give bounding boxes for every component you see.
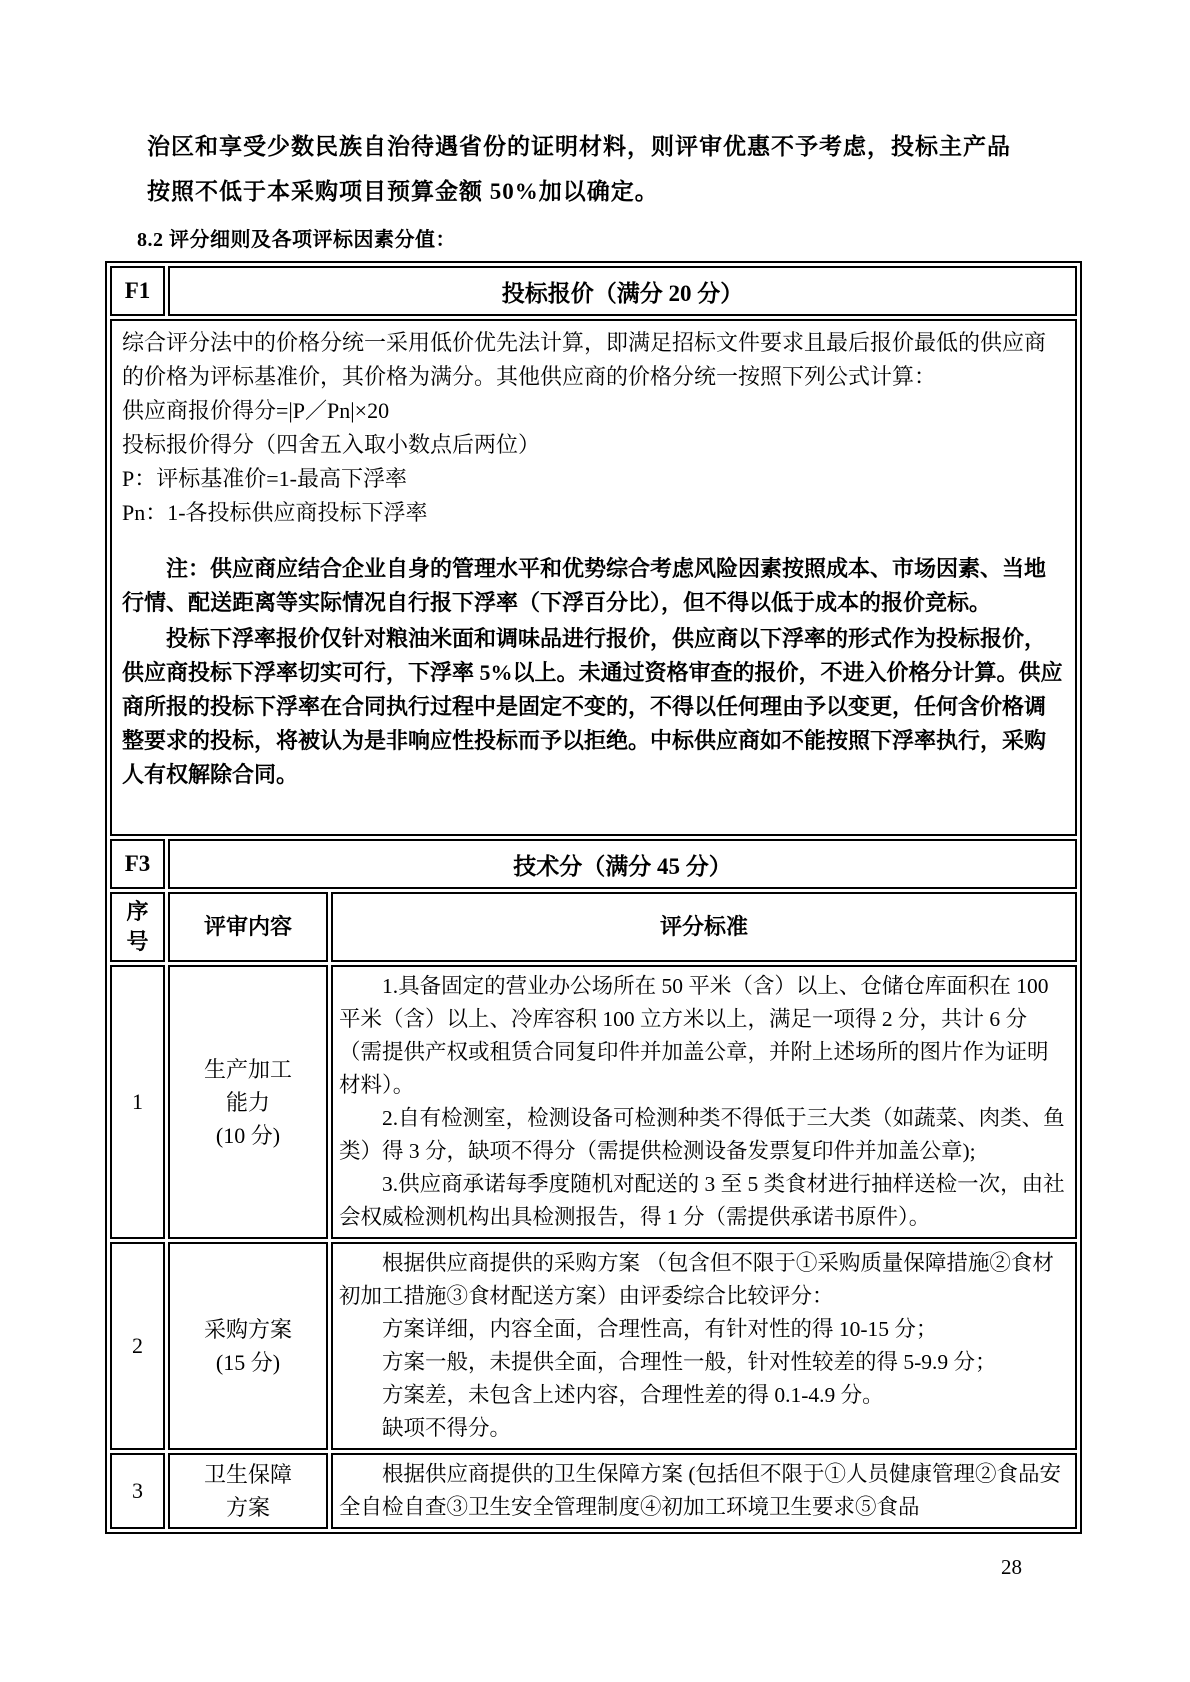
column-header-row: 序号 评审内容 评分标准 [110,892,1077,962]
f1-paragraph-pn-definition: Pn：1-各投标供应商投标下浮率 [122,496,1065,530]
row2-content-cell: 采购方案 (15 分) [168,1242,328,1450]
table-row-1: 1 生产加工能力 (10 分) 1.具备固定的营业办公场所在 50 平米（含）以… [110,965,1077,1239]
row2-criteria-item-4: 方案差，未包含上述内容，合理性差的得 0.1-4.9 分。 [339,1379,1069,1412]
row1-criteria-item-2: 2.自有检测室，检测设备可检测种类不得低于三大类（如蔬菜、肉类、鱼类）得 3 分… [339,1102,1069,1168]
f1-code-cell: F1 [110,266,165,316]
table-row-3: 3 卫生保障方案 根据供应商提供的卫生保障方案 (包括但不限于①人员健康管理②食… [110,1453,1077,1529]
f1-paragraph-policy: 投标下浮率报价仅针对粮油米面和调味品进行报价，供应商以下浮率的形式作为投标报价，… [122,622,1065,792]
row1-content-score: (10 分) [174,1119,322,1152]
row2-criteria-item-5: 缺项不得分。 [339,1412,1069,1445]
f1-title-cell: 投标报价（满分 20 分） [168,266,1077,316]
row1-content-cell: 生产加工能力 (10 分) [168,965,328,1239]
intro-paragraph: 治区和享受少数民族自治待遇省份的证明材料，则评审优惠不予考虑，投标主产品 按照不… [147,124,1067,214]
f1-paragraph-p-definition: P：评标基准价=1-最高下浮率 [122,462,1065,496]
f1-paragraph-method: 综合评分法中的价格分统一采用低价优先法计算，即满足招标文件要求且最后报价最低的供… [122,326,1065,394]
intro-line-2: 按照不低于本采购项目预算金额 50%加以确定。 [147,169,1067,214]
column-header-index-label: 序号 [125,897,150,957]
f1-paragraph-note: 注：供应商应结合企业自身的管理水平和优势综合考虑风险因素按照成本、市场因素、当地… [122,552,1065,620]
row3-content-cell: 卫生保障方案 [168,1453,328,1529]
row2-criteria-cell: 根据供应商提供的采购方案 （包含但不限于①采购质量保障措施②食材初加工措施③食材… [331,1242,1077,1450]
row1-criteria-cell: 1.具备固定的营业办公场所在 50 平米（含）以上、仓储仓库面积在 100 平米… [331,965,1077,1239]
row2-content-name: 采购方案 [204,1313,292,1346]
f3-band-row: F3 技术分（满分 45 分） [110,839,1077,889]
document-page: 治区和享受少数民族自治待遇省份的证明材料，则评审优惠不予考虑，投标主产品 按照不… [0,0,1190,1682]
f3-title-cell: 技术分（满分 45 分） [168,839,1077,889]
column-header-criteria: 评分标准 [331,892,1077,962]
f3-code-cell: F3 [110,839,165,889]
row3-criteria-cell: 根据供应商提供的卫生保障方案 (包括但不限于①人员健康管理②食品安全自检自查③卫… [331,1453,1077,1529]
evaluation-score-table: F1 投标报价（满分 20 分） 综合评分法中的价格分统一采用低价优先法计算，即… [105,261,1082,1534]
f1-paragraph-rounding: 投标报价得分（四舍五入取小数点后两位） [122,428,1065,462]
row3-criteria-item-1: 根据供应商提供的卫生保障方案 (包括但不限于①人员健康管理②食品安全自检自查③卫… [339,1458,1069,1524]
row3-index-cell: 3 [110,1453,165,1529]
row1-criteria-item-1: 1.具备固定的营业办公场所在 50 平米（含）以上、仓储仓库面积在 100 平米… [339,970,1069,1102]
f1-body-cell: 综合评分法中的价格分统一采用低价优先法计算，即满足招标文件要求且最后报价最低的供… [110,319,1077,836]
column-header-content: 评审内容 [168,892,328,962]
row1-index-cell: 1 [110,965,165,1239]
row2-content-score: (15 分) [174,1346,322,1379]
row2-criteria-item-1: 根据供应商提供的采购方案 （包含但不限于①采购质量保障措施②食材初加工措施③食材… [339,1247,1069,1313]
f1-body-row: 综合评分法中的价格分统一采用低价优先法计算，即满足招标文件要求且最后报价最低的供… [110,319,1077,836]
f1-paragraph-formula: 供应商报价得分=|P／Pn|×20 [122,394,1065,428]
row2-criteria-item-2: 方案详细，内容全面，合理性高，有针对性的得 10-15 分； [339,1313,1069,1346]
intro-line-1: 治区和享受少数民族自治待遇省份的证明材料，则评审优惠不予考虑，投标主产品 [147,124,1067,169]
row3-content-name: 卫生保障方案 [197,1458,298,1524]
row1-criteria-item-3: 3.供应商承诺每季度随机对配送的 3 至 5 类食材进行抽样送检一次，由社会权威… [339,1168,1069,1234]
column-header-index: 序号 [110,892,165,962]
f1-band-row: F1 投标报价（满分 20 分） [110,266,1077,316]
row2-index-cell: 2 [110,1242,165,1450]
row1-content-name: 生产加工能力 [197,1053,298,1119]
table-row-2: 2 采购方案 (15 分) 根据供应商提供的采购方案 （包含但不限于①采购质量保… [110,1242,1077,1450]
row2-criteria-item-3: 方案一般，未提供全面，合理性一般，针对性较差的得 5-9.9 分； [339,1346,1069,1379]
page-number: 28 [1001,1555,1022,1580]
section-heading: 8.2 评分细则及各项评标因素分值： [137,223,456,252]
